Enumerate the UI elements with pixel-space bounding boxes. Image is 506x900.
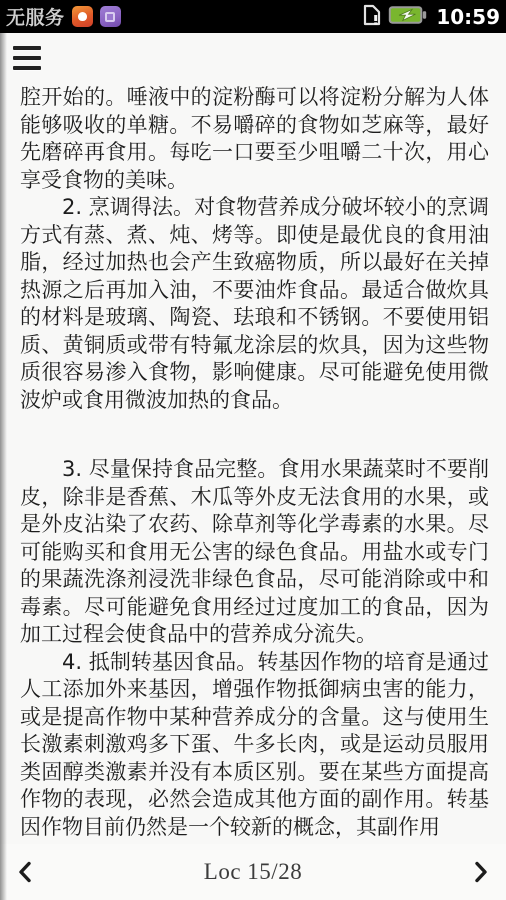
book-text-area[interactable]: 腔开始的。唾液中的淀粉酶可以将淀粉分解为人体能够吸收的单糖。不易嚼碎的食物如芝麻…	[20, 84, 489, 846]
clock: 10:59	[436, 5, 500, 29]
paragraph: 2. 烹调得法。对食物营养成分破坏较小的烹调方式有蒸、煮、炖、烤等。即使是最优良…	[20, 194, 489, 414]
chevron-right-icon[interactable]	[469, 857, 493, 887]
chevron-left-icon[interactable]	[13, 857, 37, 887]
paragraph: 4. 抵制转基因食品。转基因作物的培育是通过人工添加外来基因，增强作物抵御病虫害…	[20, 649, 489, 842]
menu-bar	[13, 56, 41, 60]
status-bar: 无服务	[0, 0, 506, 33]
phone-screen: 无服务	[0, 0, 506, 900]
status-bar-right: 10:59	[362, 4, 500, 30]
location-indicator: Loc 15/28	[204, 859, 302, 885]
notification-glyph	[78, 12, 87, 21]
notification-glyph	[105, 12, 115, 22]
orange-app-notification-icon	[72, 6, 93, 27]
paragraph-gap	[20, 414, 489, 456]
battery-charging-icon	[388, 5, 427, 29]
page-nav-bar: Loc 15/28	[0, 844, 506, 900]
carrier-label: 无服务	[6, 3, 65, 30]
menu-bar	[13, 66, 41, 70]
hamburger-menu-icon[interactable]	[10, 44, 44, 72]
reader-page: 腔开始的。唾液中的淀粉酶可以将淀粉分解为人体能够吸收的单糖。不易嚼碎的食物如芝麻…	[0, 33, 506, 900]
paragraph: 3. 尽量保持食品完整。食用水果蔬菜时不要削皮，除非是香蕉、木瓜等外皮无法食用的…	[20, 456, 489, 649]
status-bar-left: 无服务	[6, 3, 121, 30]
no-sim-exclamation-icon	[362, 4, 381, 30]
paragraph: 腔开始的。唾液中的淀粉酶可以将淀粉分解为人体能够吸收的单糖。不易嚼碎的食物如芝麻…	[20, 84, 489, 194]
menu-bar	[13, 46, 41, 50]
purple-app-notification-icon	[100, 6, 121, 27]
